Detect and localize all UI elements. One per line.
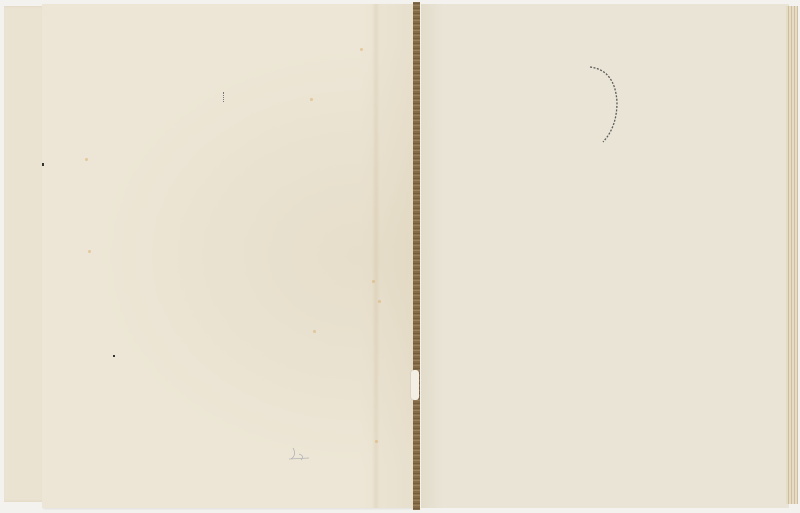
pencil-scribble-mark [285,445,315,465]
foxing-spot [372,280,375,283]
right-page-edges [786,6,798,504]
left-page-fold [372,4,380,508]
binding-gutter [413,2,420,510]
left-page [42,4,416,508]
foxing-spot [378,300,381,303]
foxing-spot [375,440,378,443]
foxing-spot [85,158,88,161]
foxing-spot [360,48,363,51]
foxing-spot [313,330,316,333]
tiny-mark [223,92,226,102]
foxing-spot [88,250,91,253]
binding-tab [411,370,419,400]
curved-arc-mark [585,62,625,147]
foxing-spot [310,98,313,101]
dot-mark [42,163,44,166]
dot-mark [113,355,115,357]
